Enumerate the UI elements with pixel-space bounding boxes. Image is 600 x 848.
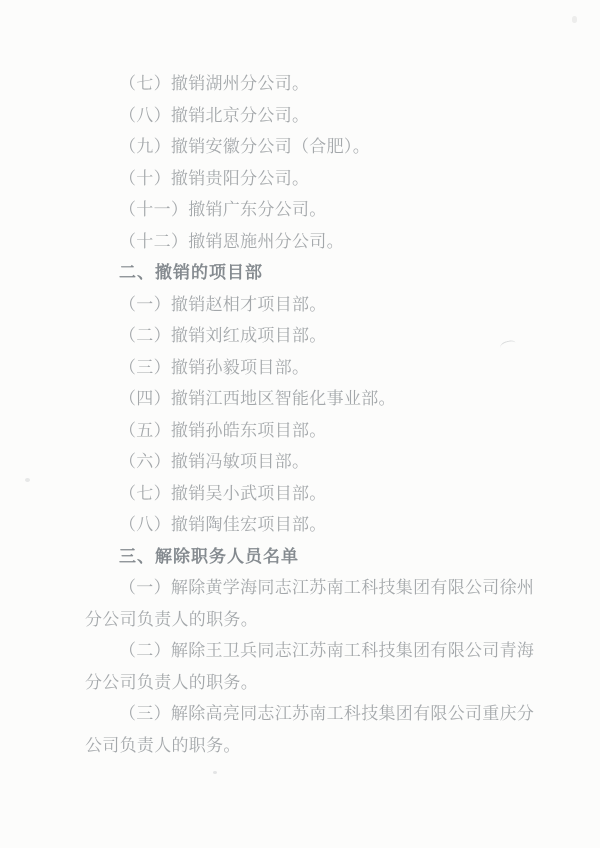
scan-artifact	[25, 478, 30, 482]
section-heading-dismissed-personnel-list: 三、解除职务人员名单	[85, 542, 537, 574]
scan-artifact	[572, 16, 577, 23]
list-item: （四）撤销江西地区智能化事业部。	[85, 384, 537, 416]
scan-artifact	[213, 771, 217, 774]
list-item: （九）撤销安徽分公司（合肥）。	[85, 132, 537, 164]
scanned-document-page: （七）撤销湖州分公司。 （八）撤销北京分公司。 （九）撤销安徽分公司（合肥）。 …	[0, 0, 600, 848]
list-item: （八）撤销陶佳宏项目部。	[85, 510, 537, 542]
document-body: （七）撤销湖州分公司。 （八）撤销北京分公司。 （九）撤销安徽分公司（合肥）。 …	[85, 69, 537, 762]
list-item: （五）撤销孙皓东项目部。	[85, 416, 537, 448]
list-item: （七）撤销湖州分公司。	[85, 69, 537, 101]
list-item: （十一）撤销广东分公司。	[85, 195, 537, 227]
section-heading-revoked-project-departments: 二、撤销的项目部	[85, 258, 537, 290]
list-item: （一）解除黄学海同志江苏南工科技集团有限公司徐州分公司负责人的职务。	[85, 573, 537, 636]
list-item: （二）解除王卫兵同志江苏南工科技集团有限公司青海分公司负责人的职务。	[85, 636, 537, 699]
list-item: （三）撤销孙毅项目部。	[85, 353, 537, 385]
list-item: （十）撤销贵阳分公司。	[85, 164, 537, 196]
list-item: （一）撤销赵相才项目部。	[85, 290, 537, 322]
list-item: （二）撤销刘红成项目部。	[85, 321, 537, 353]
list-item: （六）撤销冯敏项目部。	[85, 447, 537, 479]
list-item: （十二）撤销恩施州分公司。	[85, 227, 537, 259]
list-item: （三）解除高亮同志江苏南工科技集团有限公司重庆分公司负责人的职务。	[85, 699, 537, 762]
list-item: （七）撤销吴小武项目部。	[85, 479, 537, 511]
list-item: （八）撤销北京分公司。	[85, 101, 537, 133]
